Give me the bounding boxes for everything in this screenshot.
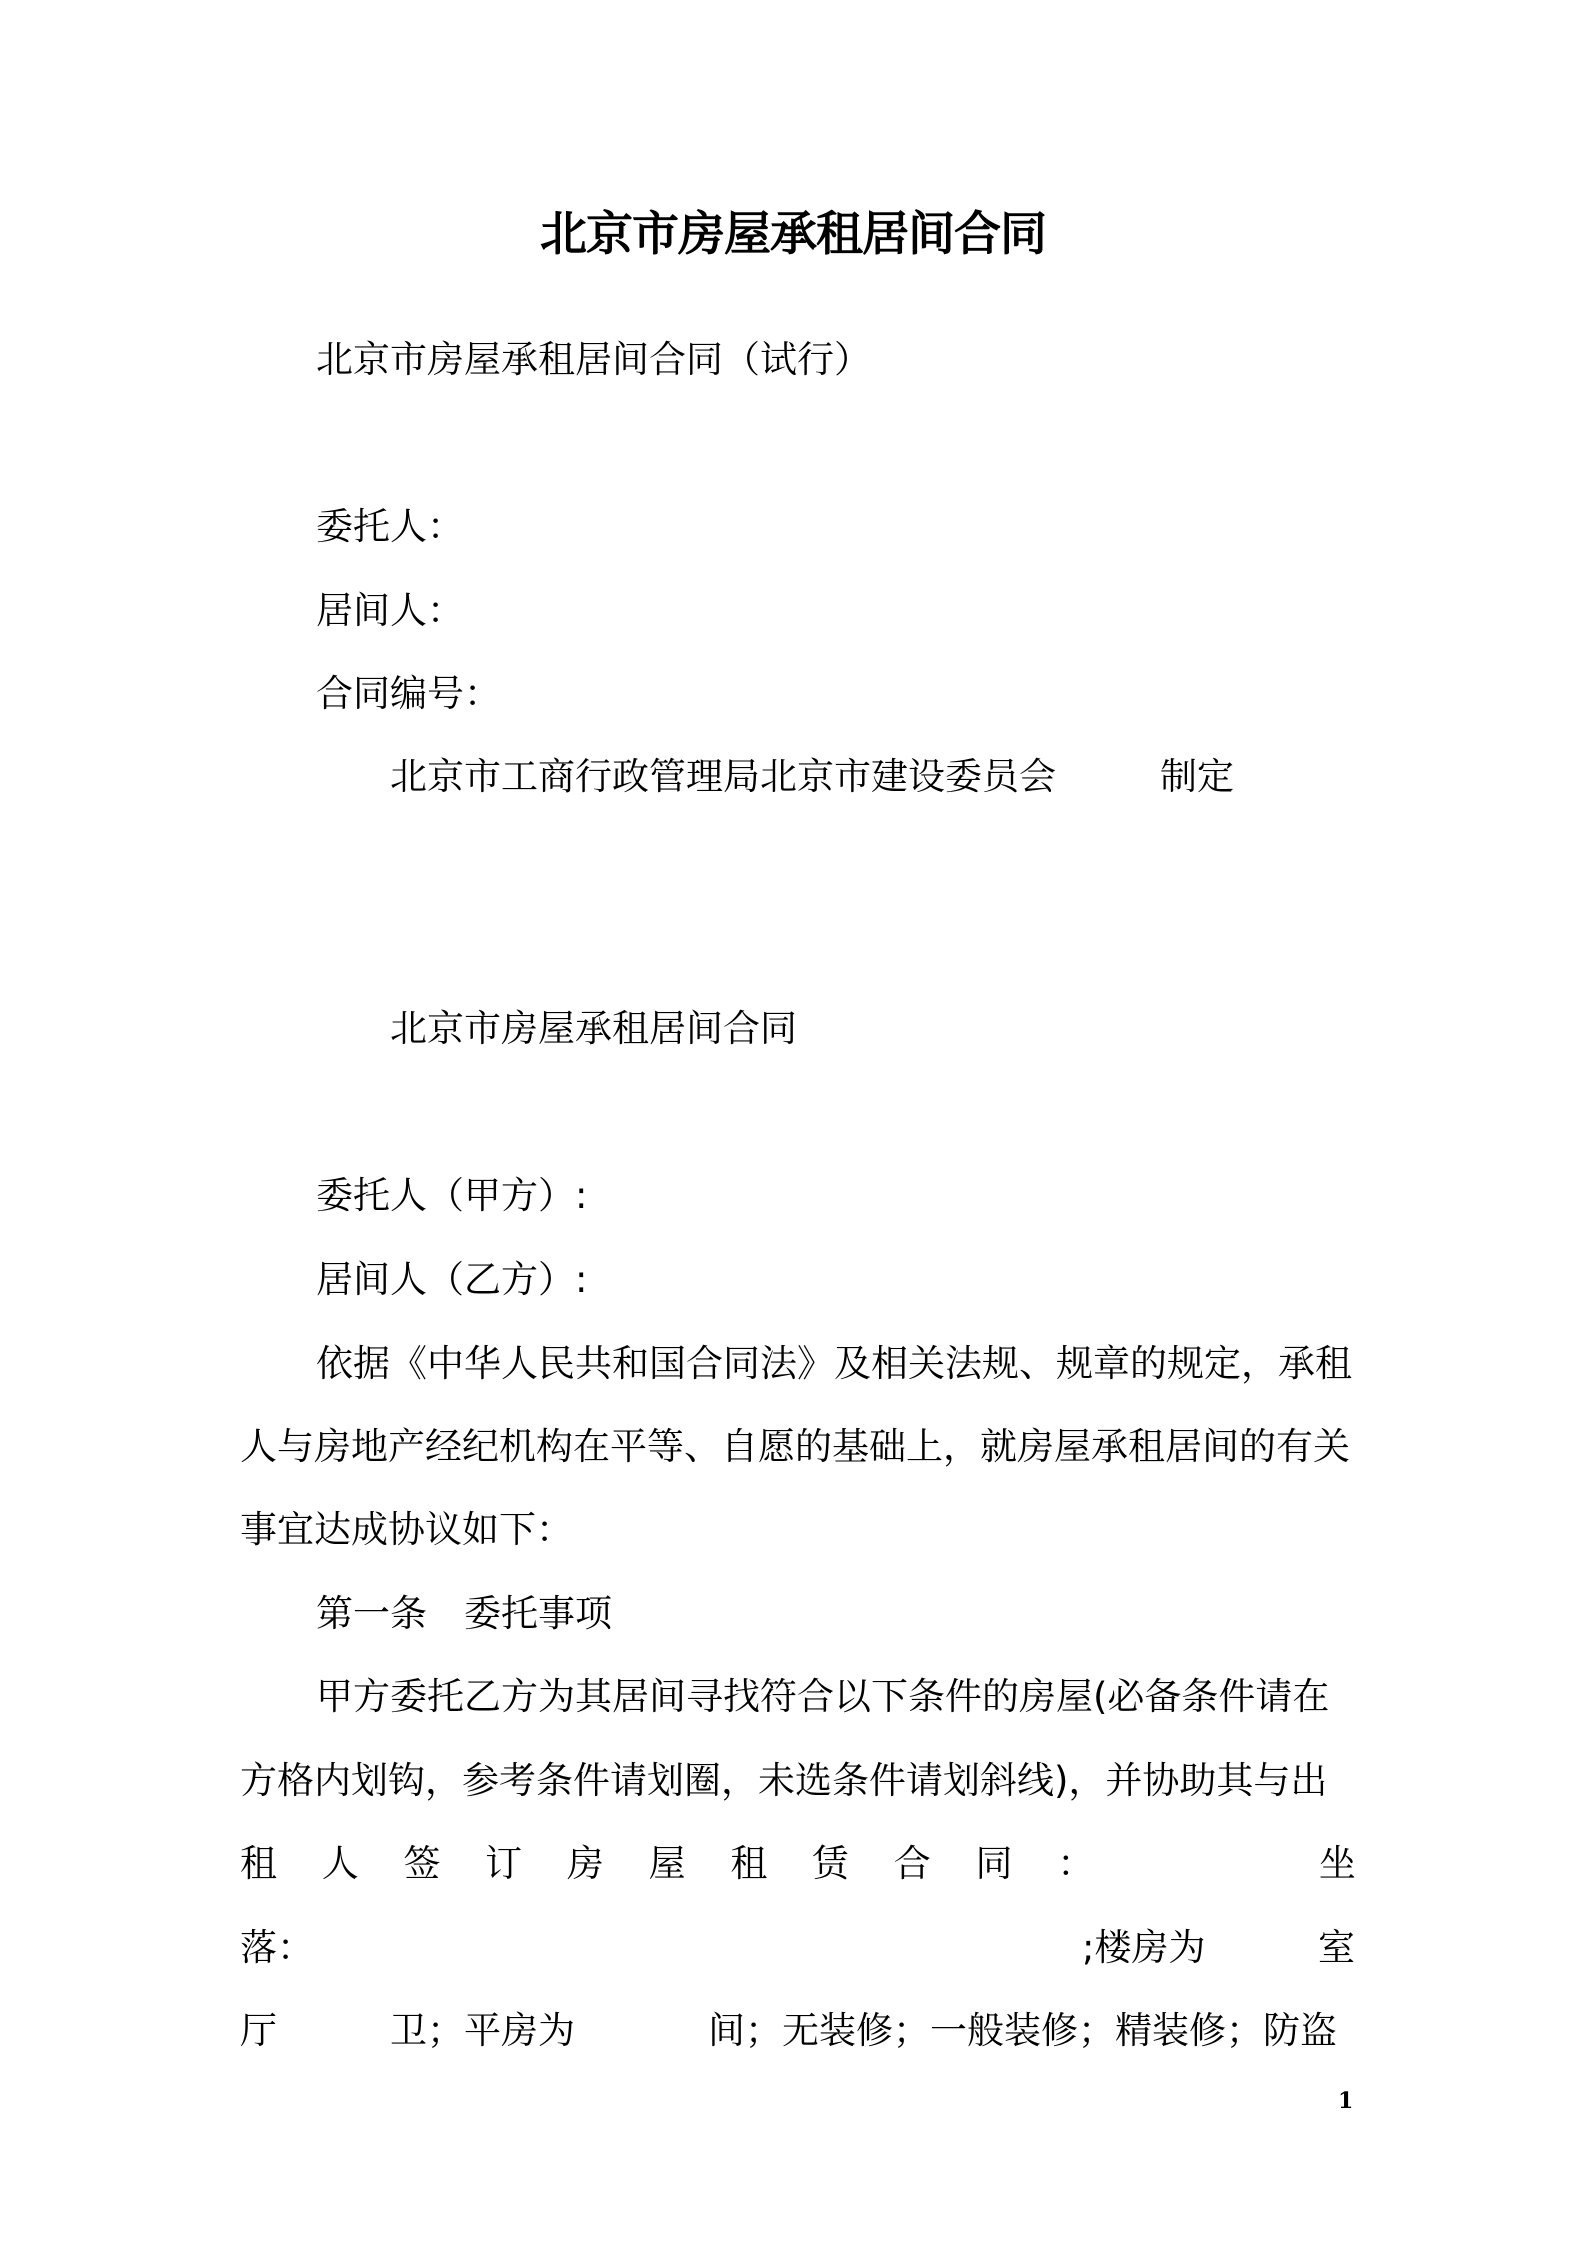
spaced-char: ： — [1057, 1842, 1094, 1886]
cover-intermediary-field: 居间人： — [316, 589, 464, 633]
preamble-line-2: 人与房地产经纪机构在平等、自愿的基础上，就房屋承租居间的有关 — [240, 1425, 1350, 1469]
preamble-line-1: 依据《中华人民共和国合同法》及相关法规、规章的规定，承租 — [316, 1342, 1352, 1386]
room-label: 室 — [1318, 1926, 1355, 1970]
hall-label: 厅 — [240, 2009, 277, 2053]
spaced-char: 订 — [485, 1842, 522, 1886]
building-type-label: ;楼房为 — [1082, 1926, 1205, 1970]
issuer-name: 北京市工商行政管理局北京市建设委员会 — [390, 755, 1056, 799]
spaced-char: 房 — [567, 1842, 604, 1886]
decoration-options: 间；无装修；一般装修；精装修；防盗 — [708, 2009, 1337, 2053]
preamble-line-3: 事宜达成协议如下： — [240, 1508, 573, 1552]
cover-contract-number-field: 合同编号： — [316, 672, 501, 716]
article-1-spaced-line: 租 人 签 订 房 屋 租 赁 合 同 ： 坐 — [240, 1842, 1356, 1886]
article-1-line-2: 方格内划钩，参考条件请划圈，未选条件请划斜线)，并协助其与出 — [240, 1759, 1327, 1803]
document-page: 北京市房屋承租居间合同 北京市房屋承租居间合同（试行） 委托人： 居间人： 合同… — [0, 0, 1586, 2244]
page-number: 1 — [1338, 2088, 1353, 2114]
document-subtitle: 北京市房屋承租居间合同（试行） — [316, 338, 871, 382]
spaced-char: 赁 — [812, 1842, 849, 1886]
issuer-action: 制定 — [1160, 755, 1234, 799]
spaced-char: 合 — [894, 1842, 931, 1886]
body-title: 北京市房屋承租居间合同 — [390, 1007, 797, 1051]
spaced-char: 人 — [322, 1842, 359, 1886]
document-title: 北京市房屋承租居间合同 — [0, 207, 1586, 263]
spaced-char: 租 — [240, 1842, 277, 1886]
party-b-field: 居间人（乙方）: — [316, 1258, 587, 1302]
spaced-char: 同 — [975, 1842, 1012, 1886]
bath-bungalow-label: 卫；平房为 — [390, 2009, 575, 2053]
party-a-field: 委托人（甲方）: — [316, 1174, 587, 1218]
article-1-heading: 第一条 委托事项 — [316, 1592, 612, 1636]
cover-principal-field: 委托人： — [316, 505, 464, 549]
spaced-char: 坐 — [1319, 1842, 1356, 1886]
spaced-char: 屋 — [649, 1842, 686, 1886]
article-1-line-1: 甲方委托乙方为其居间寻找符合以下条件的房屋(必备条件请在 — [316, 1675, 1329, 1719]
spaced-char: 租 — [730, 1842, 767, 1886]
spaced-char: 签 — [403, 1842, 440, 1886]
location-label: 落： — [240, 1926, 314, 1970]
